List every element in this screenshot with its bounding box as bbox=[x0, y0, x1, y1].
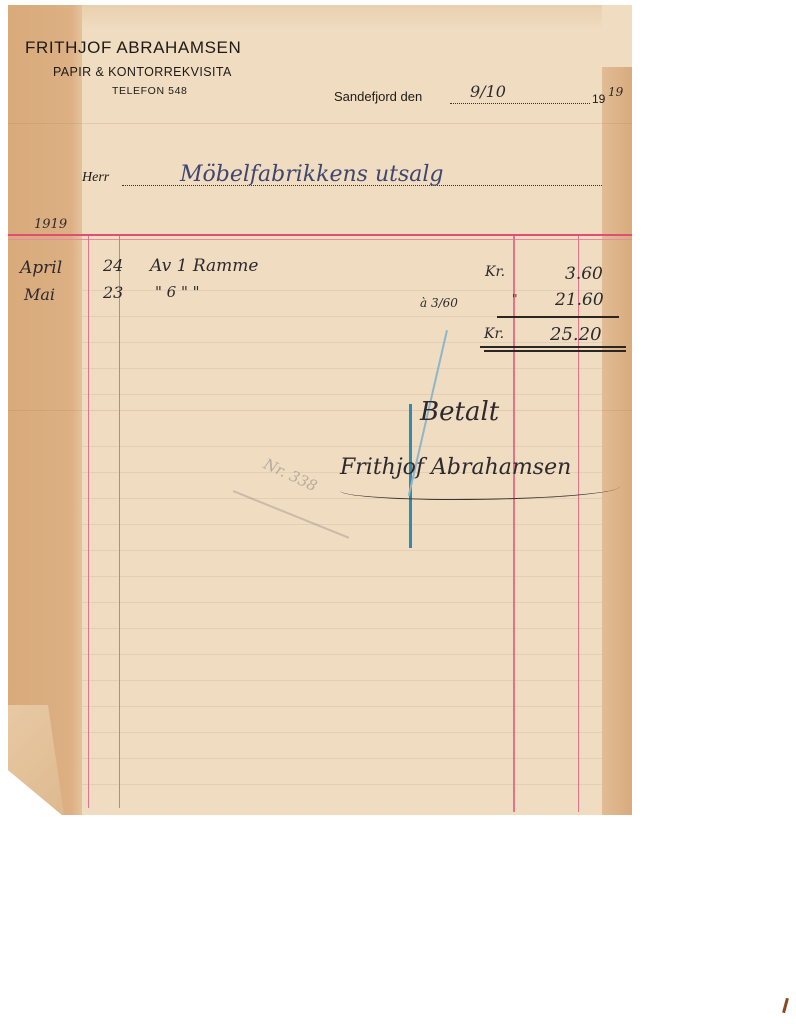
fold-crease bbox=[8, 410, 632, 411]
invoice-paper bbox=[8, 5, 632, 815]
recipient-name: Möbelfabrikkens utsalg bbox=[180, 162, 443, 187]
entry-month: Mai bbox=[24, 285, 55, 304]
entry-month: April bbox=[20, 258, 62, 278]
entry-currency: Kr. bbox=[485, 264, 505, 280]
salutation: Herr bbox=[82, 170, 109, 186]
ruled-line bbox=[82, 628, 602, 629]
entry-day: 24 bbox=[103, 256, 123, 275]
total-double-line bbox=[484, 350, 626, 352]
total-currency: Kr. bbox=[484, 326, 504, 342]
year-prefix: 19 bbox=[592, 92, 605, 106]
entry-day: 23 bbox=[103, 283, 123, 302]
age-stain-top bbox=[82, 5, 602, 29]
column-rule-date bbox=[88, 236, 89, 808]
ruled-line bbox=[82, 680, 602, 681]
entry-currency: " bbox=[512, 292, 518, 306]
date-dotted-line bbox=[450, 103, 590, 104]
ruled-line bbox=[82, 732, 602, 733]
entry-description: Av 1 Ramme bbox=[150, 256, 258, 276]
fold-crease bbox=[8, 123, 632, 124]
subtotal-line bbox=[497, 316, 619, 318]
ruled-line bbox=[82, 368, 602, 369]
ruled-line bbox=[82, 446, 602, 447]
company-business: PAPIR & KONTORREKVISITA bbox=[53, 65, 232, 79]
handwritten-date: 9/10 bbox=[470, 82, 506, 101]
ruled-line bbox=[82, 550, 602, 551]
column-rule-amount-left bbox=[513, 236, 515, 812]
entry-amount: 3.60 bbox=[565, 264, 603, 284]
ruled-line bbox=[82, 602, 602, 603]
entry-unit-price: à 3/60 bbox=[420, 296, 458, 310]
paid-stamp: Betalt bbox=[420, 397, 499, 427]
red-header-rule bbox=[8, 234, 632, 236]
column-rule-amount-right bbox=[578, 236, 579, 812]
age-stain-right bbox=[602, 67, 632, 815]
total-amount: 25.20 bbox=[550, 324, 602, 345]
place-label: Sandefjord den bbox=[334, 89, 422, 104]
ruled-line bbox=[82, 576, 602, 577]
ruled-line bbox=[82, 342, 602, 343]
scan-mark bbox=[782, 998, 789, 1013]
red-header-rule-thin bbox=[8, 239, 632, 240]
column-rule-day bbox=[119, 236, 120, 808]
ruled-line bbox=[82, 758, 602, 759]
ruled-line bbox=[82, 524, 602, 525]
ruled-line bbox=[82, 394, 602, 395]
ruled-line bbox=[82, 784, 602, 785]
company-name: FRITHJOF ABRAHAMSEN bbox=[25, 38, 241, 58]
company-telephone: TELEFON 548 bbox=[112, 85, 187, 97]
entry-amount: 21.60 bbox=[555, 290, 604, 310]
ledger-year: 1919 bbox=[34, 217, 67, 232]
handwritten-year: 19 bbox=[608, 85, 623, 99]
entry-description: " 6 " " bbox=[155, 283, 200, 301]
total-double-line bbox=[480, 346, 626, 348]
ruled-line bbox=[82, 654, 602, 655]
ruled-line bbox=[82, 706, 602, 707]
